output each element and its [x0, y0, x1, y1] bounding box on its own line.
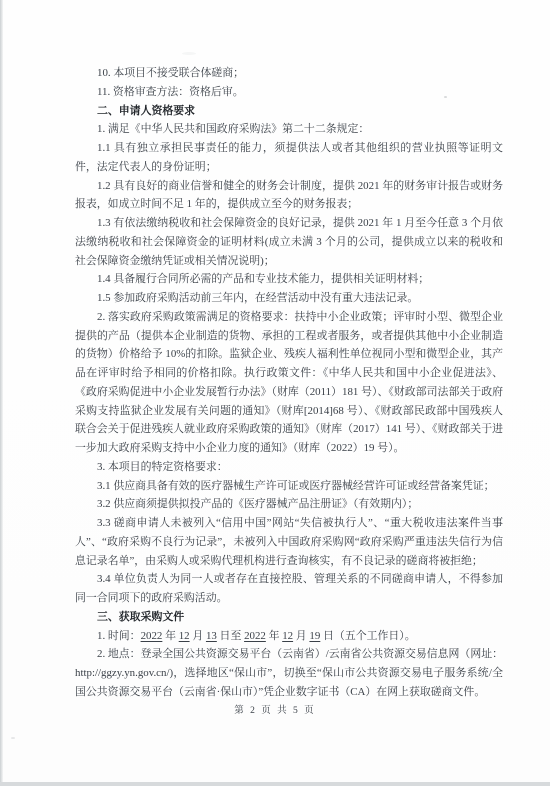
paragraph: 3.1 供应商具备有效的医疗器械生产许可证或医疗器械经营许可证或经营备案凭证；: [75, 477, 503, 496]
text-run: 月: [293, 630, 309, 642]
text-run: 日至: [217, 630, 244, 642]
underlined-value: 12: [179, 630, 190, 642]
paragraph: 1. 时间：2022 年 12 月 13 日至 2022 年 12 月 19 日…: [75, 627, 503, 646]
document-body: 10. 本项目不接受联合体磋商；11. 资格审查方法：资格后审。二、申请人资格要…: [75, 64, 503, 702]
scan-edge-bottom: [0, 782, 550, 786]
page-number-text: 第 2 页 共 5 页: [234, 706, 315, 716]
scan-speck: [11, 737, 15, 739]
paragraph: 3.4 单位负责人为同一人或者存在直接控股、管理关系的不同磋商申请人，不得参加同…: [75, 570, 503, 608]
paragraph: 2. 地点：登录全国公共资源交易平台（云南省）/云南省公共资源交易信息网（网址：…: [75, 645, 503, 701]
paragraph: 1.5 参加政府采购活动前三年内，在经营活动中没有重大违法记录。: [75, 289, 503, 308]
scan-speck: [182, 52, 196, 55]
underlined-value: 12: [282, 630, 293, 642]
paragraph: 1.2 具有良好的商业信誉和健全的财务会计制度，提供 2021 年的财务审计报告…: [75, 177, 503, 215]
paragraph: 3.3 磋商申请人未被列入“信用中国”网站“失信被执行人”、“重大税收违法案件当…: [75, 514, 503, 570]
text-run: 1. 时间：: [97, 630, 141, 642]
text-run: 年: [162, 630, 178, 642]
text-run: 年: [266, 630, 282, 642]
paragraph: 3. 本项目的特定资格要求：: [75, 458, 503, 477]
underlined-value: 2022: [141, 630, 163, 642]
underlined-value: 19: [309, 630, 320, 642]
paragraph: 1.1 具有独立承担民事责任的能力，须提供法人或者其他组织的营业执照等证明文件，…: [75, 139, 503, 177]
scanned-document-page: { "colors": { "page": "#ffffff", "ink": …: [0, 0, 550, 786]
scan-edge-left: [0, 0, 3, 786]
section-heading: 二、申请人资格要求: [75, 102, 503, 121]
underlined-value: 13: [206, 630, 217, 642]
paragraph: 1.3 有依法缴纳税收和社会保障资金的良好记录，提供 2021 年 1 月至今任…: [75, 214, 503, 270]
paragraph: 10. 本项目不接受联合体磋商；: [75, 64, 503, 83]
page-footer: 第 2 页 共 5 页: [0, 702, 550, 716]
paragraph: 11. 资格审查方法：资格后审。: [75, 83, 503, 102]
text-run: 日（五个工作日）。: [320, 630, 415, 642]
text-run: 月: [190, 630, 206, 642]
paragraph: 2. 落实政府采购政策需满足的资格要求：扶持中小企业政策；评审时小型、微型企业提…: [75, 308, 503, 458]
paragraph: 1. 满足《中华人民共和国政府采购法》第二十二条规定：: [75, 120, 503, 139]
paragraph: 1.4 具备履行合同所必需的产品和专业技术能力，提供相关证明材料；: [75, 270, 503, 289]
paragraph: 3.2 供应商须提供拟投产品的《医疗器械产品注册证》（有效期内）；: [75, 495, 503, 514]
underlined-value: 2022: [244, 630, 266, 642]
section-heading: 三、获取采购文件: [75, 608, 503, 627]
